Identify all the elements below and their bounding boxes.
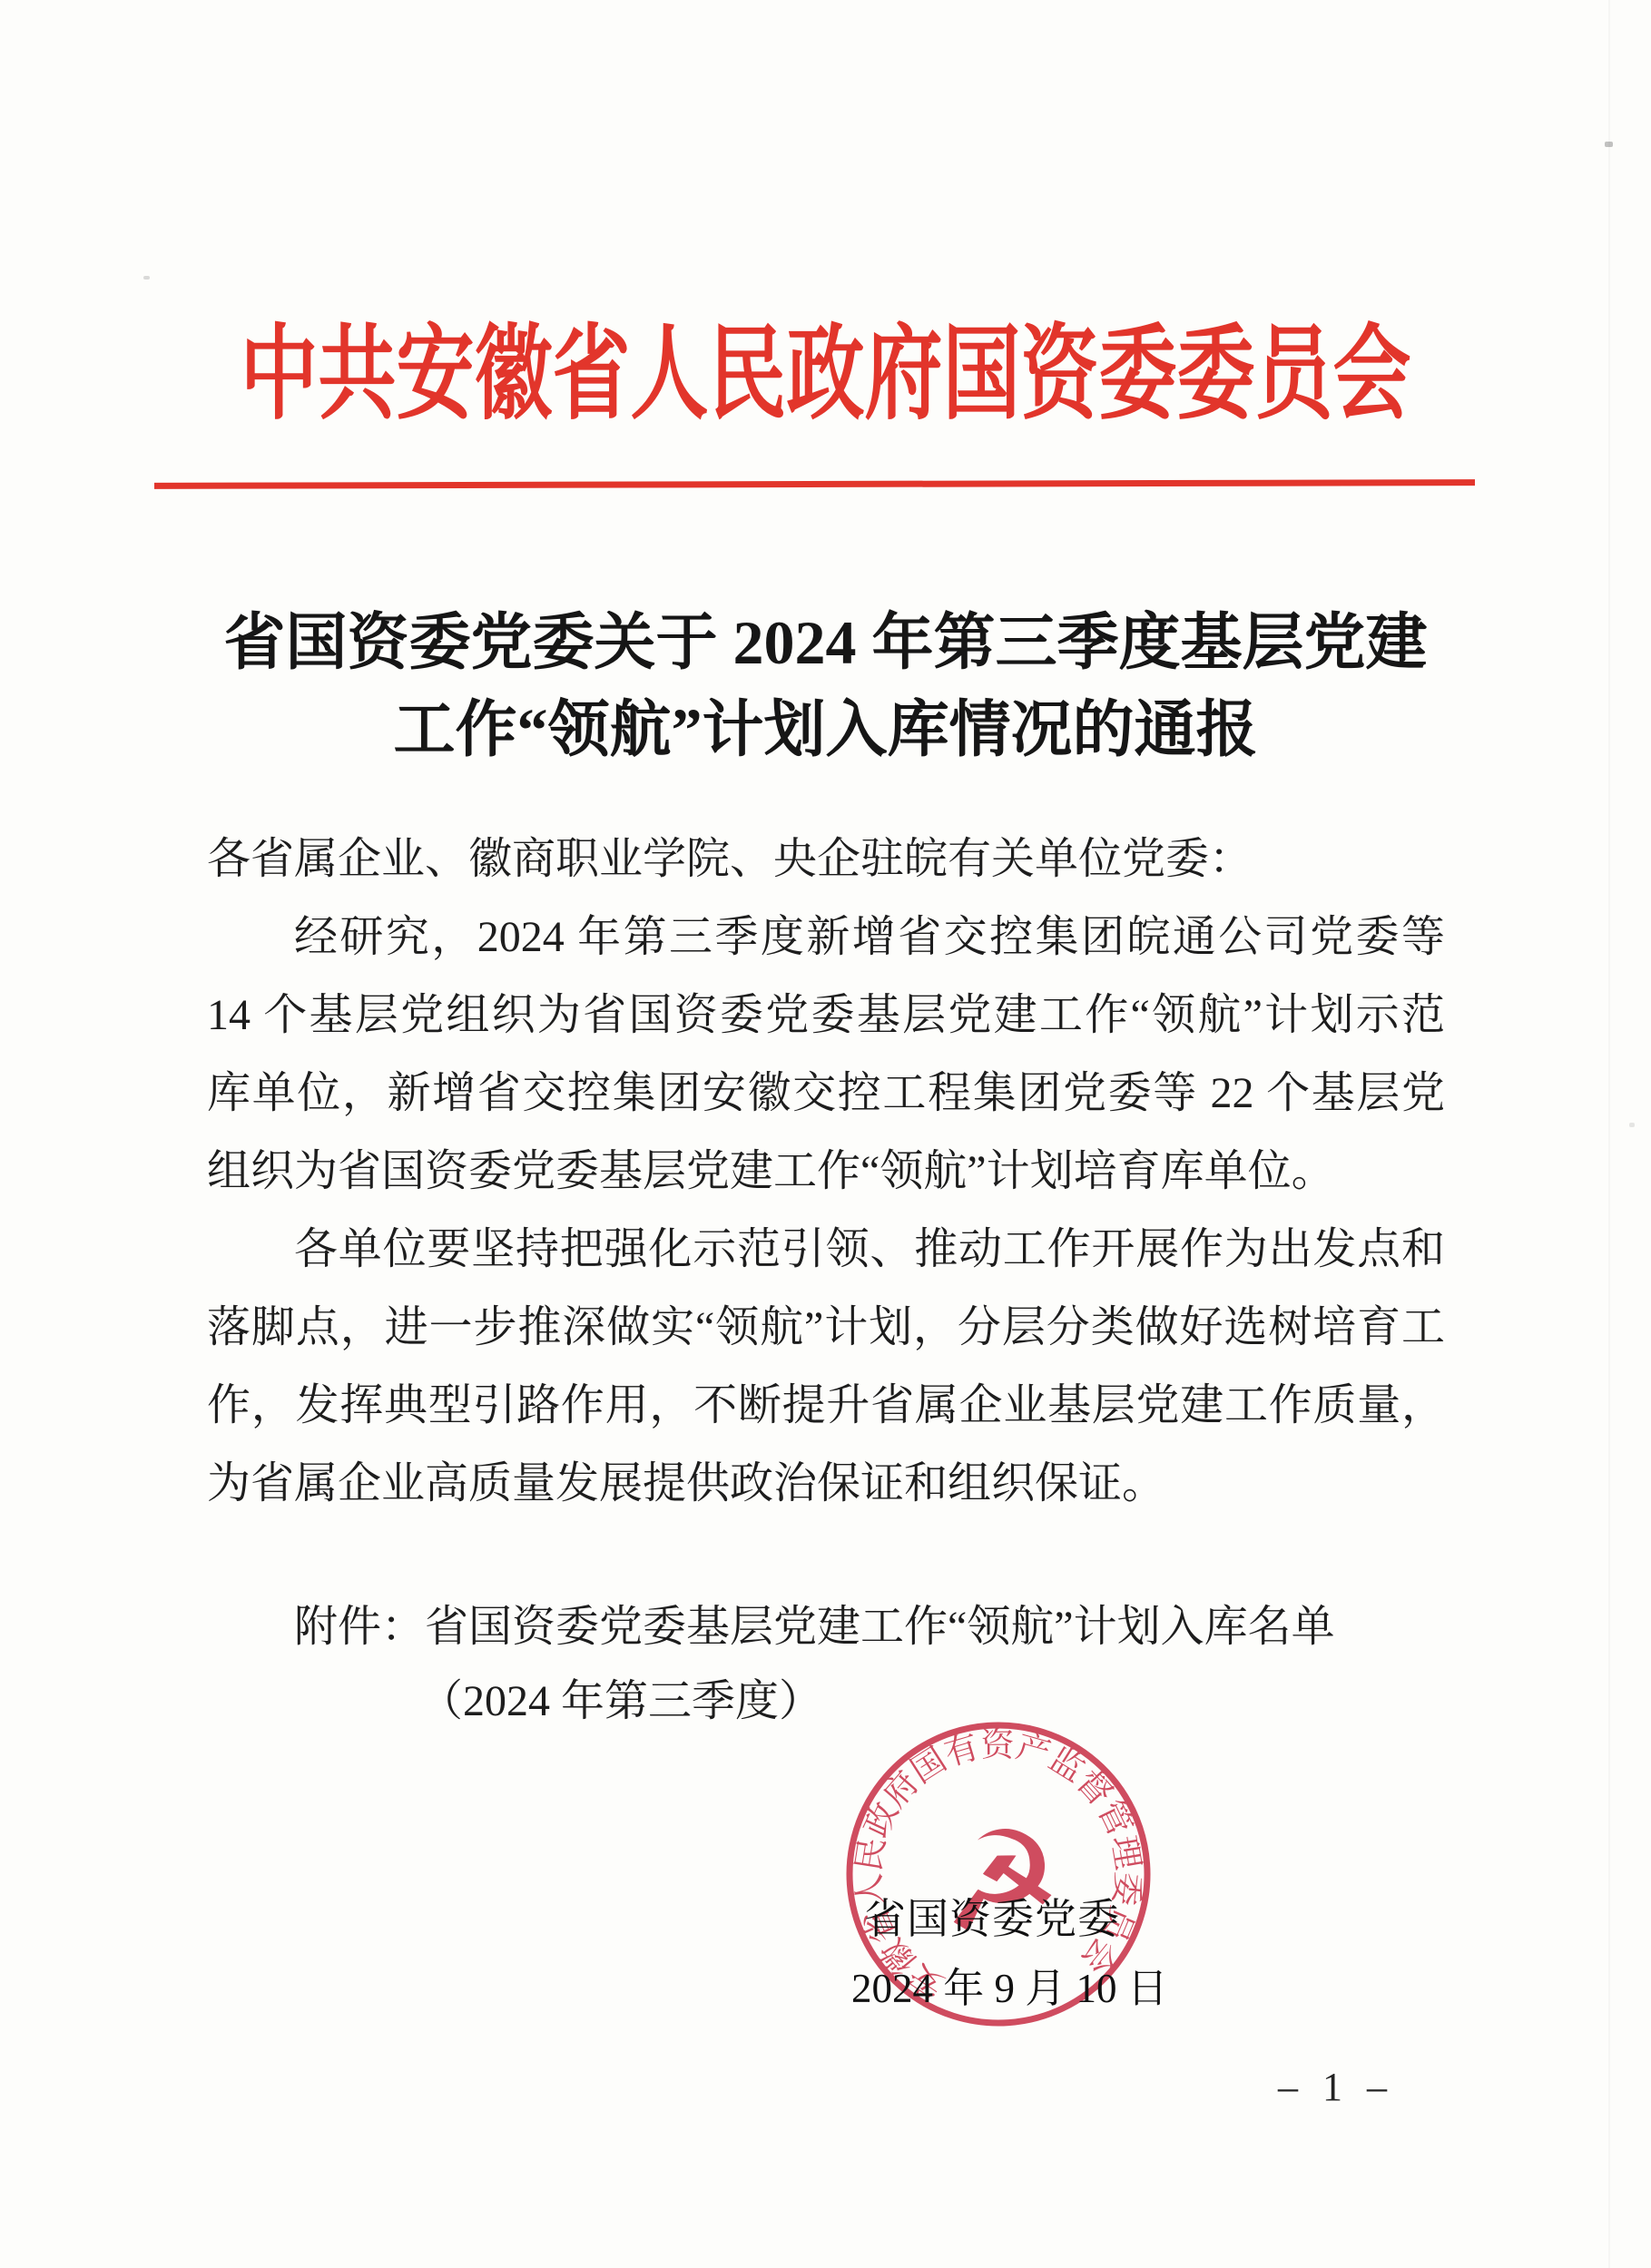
official-seal: 安徽省人民政府国有资产监督管理委员会 ☭ <box>793 1669 1204 2080</box>
issue-date: 2024 年 9 月 10 日 <box>851 1955 1168 2014</box>
document-title: 省国资委党委关于 2024 年第三季度基层党建 工作“领航”计划入库情况的通报 <box>0 599 1651 773</box>
attachment-line1: 附件：省国资委党委基层党建工作“领航”计划入库名单 <box>207 1590 1445 1664</box>
body-line: 作，发挥典型引路作用，不断提升省属企业基层党建工作质量， <box>207 1367 1445 1445</box>
document-page: 中共安徽省人民政府国资委委员会 省国资委党委关于 2024 年第三季度基层党建 … <box>0 0 1651 2268</box>
issuer-signature: 省国资委党委 <box>864 1886 1120 1946</box>
document-title-line1: 省国资委党委关于 2024 年第三季度基层党建 <box>0 599 1651 686</box>
body-line: 各省属企业、徽商职业学院、央企驻皖有关单位党委： <box>207 820 1445 898</box>
body-line: 经研究，2024 年第三季度新增省交控集团皖通公司党委等 <box>207 898 1445 977</box>
letterhead-org-name: 中共安徽省人民政府国资委委员会 <box>0 323 1651 427</box>
body-text: 各省属企业、徽商职业学院、央企驻皖有关单位党委：经研究，2024 年第三季度新增… <box>207 820 1445 1523</box>
scanner-streak <box>1608 0 1610 2268</box>
body-line: 落脚点，进一步推深做实“领航”计划，分层分类做好选树培育工 <box>207 1289 1445 1367</box>
body-line: 14 个基层党组织为省国资委党委基层党建工作“领航”计划示范 <box>207 977 1445 1055</box>
letterhead-rule <box>154 479 1475 489</box>
scan-speck <box>143 276 150 280</box>
body-line: 组织为省国资委党委基层党建工作“领航”计划培育库单位。 <box>207 1133 1445 1211</box>
body-line: 库单位，新增省交控集团安徽交控工程集团党委等 22 个基层党 <box>207 1055 1445 1133</box>
body-line: 各单位要坚持把强化示范引领、推动工作开展作为出发点和 <box>207 1211 1445 1289</box>
body-line: 为省属企业高质量发展提供政治保证和组织保证。 <box>207 1445 1445 1523</box>
seal-graphic: 安徽省人民政府国有资产监督管理委员会 ☭ <box>793 1669 1204 2080</box>
document-title-line2: 工作“领航”计划入库情况的通报 <box>0 686 1651 773</box>
scan-speck <box>1629 1123 1635 1127</box>
page-number: – 1 – <box>1278 2064 1394 2110</box>
